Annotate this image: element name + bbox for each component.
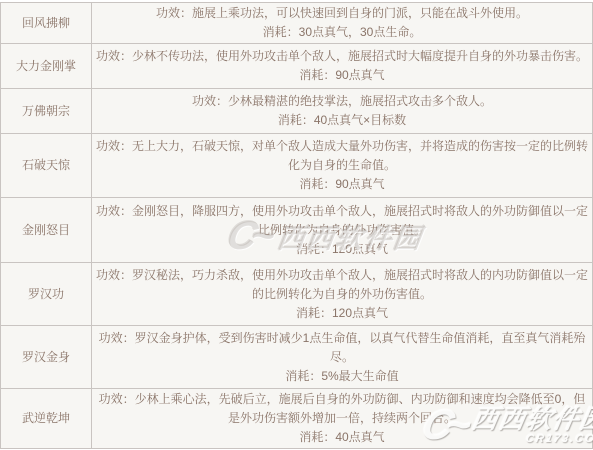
table-row: 大力金刚掌 功效：少林不传功法，使用外功攻击单个敌人，施展招式时大幅度提升自身的… (1, 44, 593, 89)
table-row: 罗汉功 功效：罗汉秘法，巧力杀敌，使用外功攻击单个敌人，施展招式时将敌人的内功防… (1, 263, 593, 326)
table-row: 罗汉金身 功效：罗汉金身护体，受到伤害时减少1点生命值，以真气代替生命值消耗，直… (1, 326, 593, 389)
skill-desc-cell: 功效：少林不传功法，使用外功攻击单个敌人，施展招式时大幅度提升自身的外功暴击伤害… (92, 44, 593, 89)
skill-effect-text: 功效：罗汉秘法，巧力杀敌，使用外功攻击单个敌人，施展招式时将敌人的内功防御值以一… (96, 266, 588, 304)
skill-name: 罗汉功 (1, 263, 92, 326)
skill-cost-text: 消耗：5%最大生命值 (96, 367, 588, 386)
skill-desc-cell: 功效：无上大力，石破天惊，对单个敌人造成大量外功伤害，并将造成的伤害按一定的比例… (92, 134, 593, 198)
skill-desc-cell: 功效：金刚怒目，降服四方，使用外功攻击单个敌人，施展招式时将敌人的外功防御值以一… (92, 198, 593, 263)
skill-name: 武逆乾坤 (1, 389, 92, 449)
skill-desc-cell: 功效：罗汉秘法，巧力杀敌，使用外功攻击单个敌人，施展招式时将敌人的内功防御值以一… (92, 263, 593, 326)
skill-effect-text: 功效：少林最精湛的绝技掌法，施展招式攻击多个敌人。 (96, 92, 588, 111)
skill-cost-text: 消耗：30点真气，30点生命。 (96, 23, 588, 42)
skill-name: 大力金刚掌 (1, 44, 92, 89)
skills-table: 回风拂柳 功效：施展上乘功法，可以快速回到自身的门派，只能在战斗外使用。 消耗：… (0, 2, 593, 449)
skill-effect-text: 功效：少林不传功法，使用外功攻击单个敌人，施展招式时大幅度提升自身的外功暴击伤害… (96, 47, 588, 66)
skill-effect-text: 功效：金刚怒目，降服四方，使用外功攻击单个敌人，施展招式时将敌人的外功防御值以一… (96, 202, 588, 240)
table-row: 石破天惊 功效：无上大力，石破天惊，对单个敌人造成大量外功伤害，并将造成的伤害按… (1, 134, 593, 198)
table-row: 万佛朝宗 功效：少林最精湛的绝技掌法，施展招式攻击多个敌人。 消耗：40点真气×… (1, 89, 593, 134)
table-row: 武逆乾坤 功效：少林上乘心法，先破后立，施展后自身的外功防御、内功防御和速度均会… (1, 389, 593, 449)
skill-cost-text: 消耗：90点真气 (96, 66, 588, 85)
skill-effect-text: 功效：施展上乘功法，可以快速回到自身的门派，只能在战斗外使用。 (96, 4, 588, 23)
skill-desc-cell: 功效：施展上乘功法，可以快速回到自身的门派，只能在战斗外使用。 消耗：30点真气… (92, 3, 593, 44)
skill-effect-text: 功效：罗汉金身护体，受到伤害时减少1点生命值，以真气代替生命值消耗，直至真气消耗… (96, 329, 588, 367)
skill-cost-text: 消耗：40点真气 (96, 428, 588, 447)
skill-cost-text: 消耗：120点真气 (96, 304, 588, 323)
skill-effect-text: 功效：无上大力，石破天惊，对单个敌人造成大量外功伤害，并将造成的伤害按一定的比例… (96, 137, 588, 175)
skill-name: 石破天惊 (1, 134, 92, 198)
skill-desc-cell: 功效：少林最精湛的绝技掌法，施展招式攻击多个敌人。 消耗：40点真气×目标数 (92, 89, 593, 134)
table-row: 回风拂柳 功效：施展上乘功法，可以快速回到自身的门派，只能在战斗外使用。 消耗：… (1, 3, 593, 44)
skill-desc-cell: 功效：少林上乘心法，先破后立，施展后自身的外功防御、内功防御和速度均会降低至0，… (92, 389, 593, 449)
skill-cost-text: 消耗：90点真气 (96, 175, 588, 194)
skill-cost-text: 消耗：120点真气 (96, 240, 588, 259)
table-row: 金刚怒目 功效：金刚怒目，降服四方，使用外功攻击单个敌人，施展招式时将敌人的外功… (1, 198, 593, 263)
skill-name: 万佛朝宗 (1, 89, 92, 134)
skill-cost-text: 消耗：40点真气×目标数 (96, 111, 588, 130)
skill-effect-text: 功效：少林上乘心法，先破后立，施展后自身的外功防御、内功防御和速度均会降低至0，… (96, 390, 588, 428)
skill-name: 回风拂柳 (1, 3, 92, 44)
skill-desc-cell: 功效：罗汉金身护体，受到伤害时减少1点生命值，以真气代替生命值消耗，直至真气消耗… (92, 326, 593, 389)
skill-name: 金刚怒目 (1, 198, 92, 263)
skill-name: 罗汉金身 (1, 326, 92, 389)
